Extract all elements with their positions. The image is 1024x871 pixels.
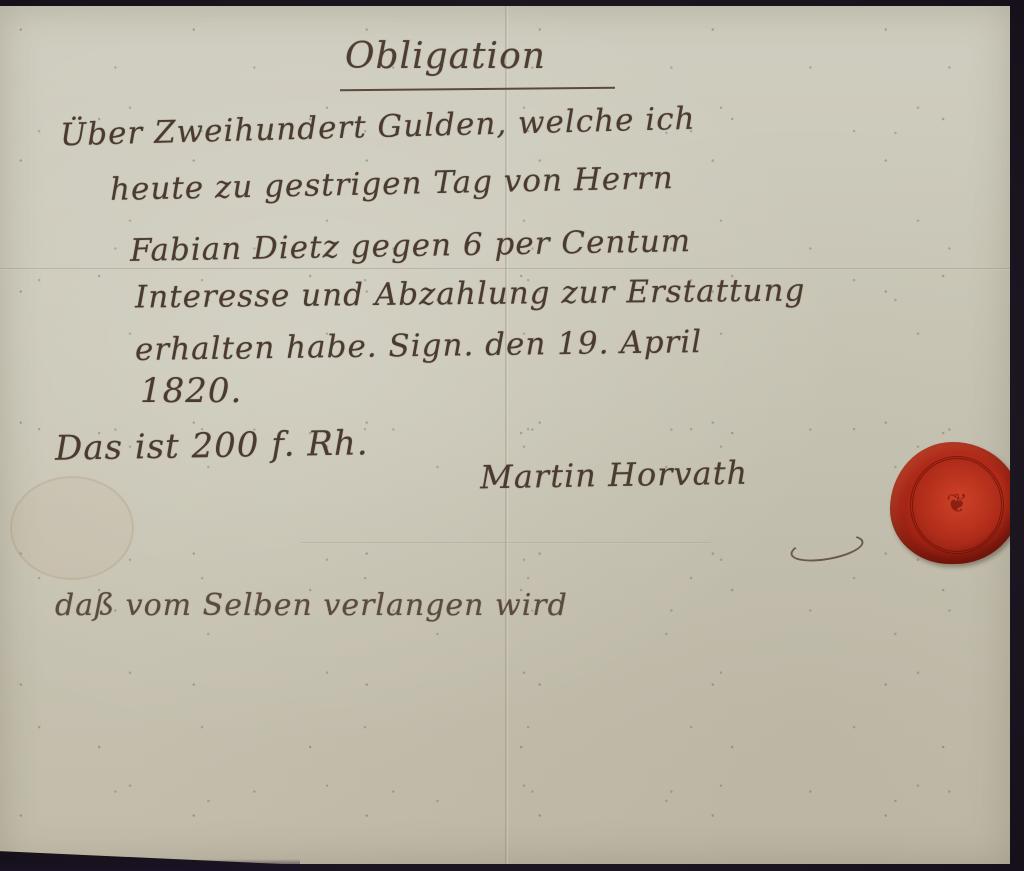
amount-line: Das ist 200 f. Rh. (55, 423, 369, 468)
document-paper: Obligation Über Zweihundert Gulden, welc… (0, 6, 1010, 864)
body-line-1: Über Zweihundert Gulden, welche ich (60, 101, 696, 154)
water-stain (10, 476, 134, 580)
body-line-3: Fabian Dietz gegen 6 per Centum (130, 223, 692, 269)
body-line-year: 1820. (140, 371, 242, 411)
seal-impression: ❦ (910, 456, 1004, 554)
horizontal-fold-line-lower (300, 542, 710, 544)
footnote-line: daß vom Selben verlangen wird (55, 588, 568, 623)
paper-edge-shadow (0, 859, 300, 871)
body-line-5: erhalten habe. Sign. den 19. April (135, 324, 703, 368)
signature: Martin Horvath (480, 454, 749, 497)
signature-flourish (788, 530, 865, 566)
body-line-2: heute zu gestrigen Tag von Herrn (110, 160, 674, 208)
seal-emblem-icon: ❦ (913, 489, 1001, 519)
body-line-4: Interesse und Abzahlung zur Erstattung (135, 272, 806, 315)
wax-seal-icon: ❦ (890, 442, 1020, 564)
title-underline (340, 87, 615, 91)
document-title: Obligation (345, 36, 546, 77)
